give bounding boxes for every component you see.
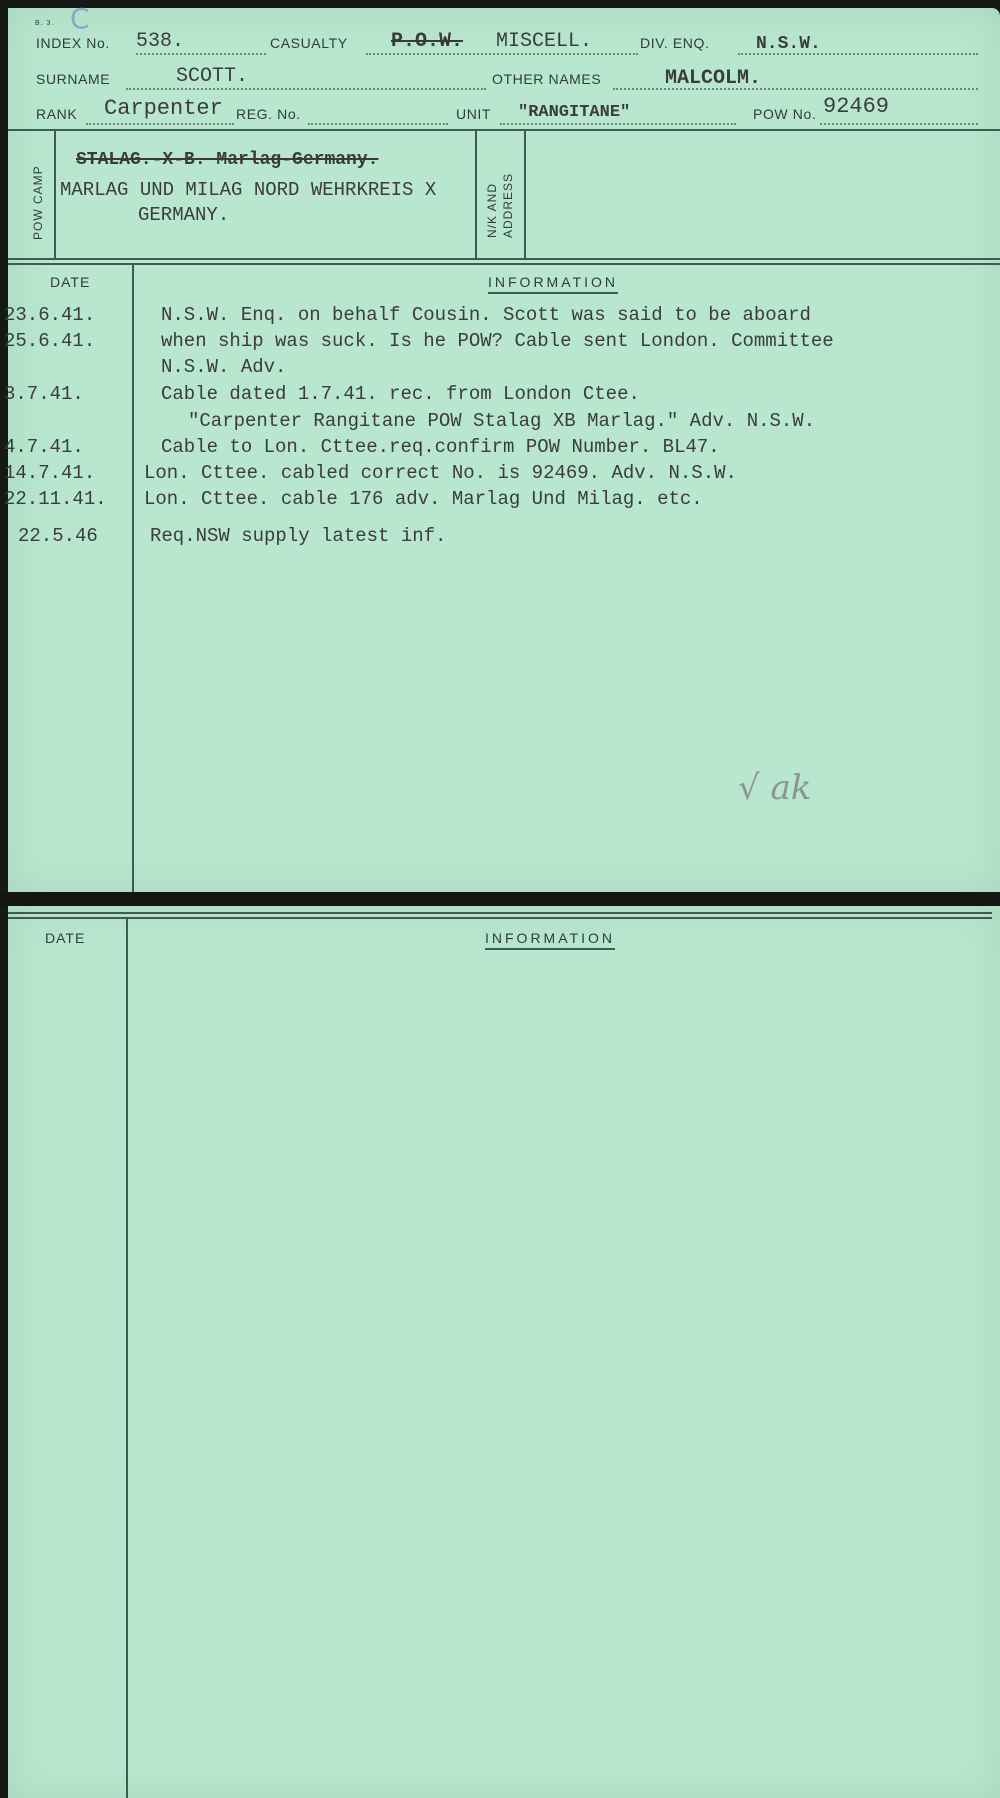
log-entry-text: Lon. Cttee. cable 176 adv. Marlag Und Mi…	[144, 488, 703, 510]
casualty-struck-value: P.O.W.	[391, 30, 463, 53]
rank-value: Carpenter	[104, 96, 223, 121]
log-entry-date: 23.6.41.	[4, 304, 95, 326]
log-entry-date: 14.7.41.	[4, 462, 95, 484]
index-no-value: 538.	[136, 30, 184, 53]
pow-no-value: 92469	[823, 94, 889, 119]
back-information-column-header: INFORMATION	[485, 930, 615, 950]
log-entry-text: Cable dated 1.7.41. rec. from London Cte…	[161, 383, 640, 405]
div-enq-label: DIV. ENQ.	[640, 35, 709, 51]
surname-label: SURNAME	[36, 71, 110, 87]
unit-label: UNIT	[456, 106, 491, 122]
pow-camp-line-1: MARLAG UND MILAG NORD WEHRKREIS X	[60, 179, 436, 201]
log-entry-text: Cable to Lon. Cttee.req.confirm POW Numb…	[161, 436, 720, 458]
rank-label: RANK	[36, 106, 77, 122]
log-entry-date: 25.6.41.	[4, 330, 95, 352]
log-entry-text: when ship was suck. Is he POW? Cable sen…	[161, 330, 834, 352]
stamp-letter: C	[70, 2, 90, 35]
form-code: B. 3.	[35, 20, 54, 27]
log-entry-date: 22.11.41.	[4, 488, 107, 510]
log-entry-text: N.S.W. Enq. on behalf Cousin. Scott was …	[161, 304, 811, 326]
casualty-label: CASUALTY	[270, 35, 348, 51]
surname-value: SCOTT.	[176, 65, 248, 88]
reg-no-label: REG. No.	[236, 106, 301, 122]
other-names-value: MALCOLM.	[665, 67, 761, 90]
pow-camp-label: POW CAMP	[31, 165, 45, 240]
log-entry-text: N.S.W. Adv.	[161, 356, 286, 378]
information-column-header: INFORMATION	[488, 274, 618, 294]
back-date-column-header: DATE	[45, 930, 85, 946]
log-entry-date: 22.5.46	[18, 525, 98, 547]
log-entry-date: 4.7.41.	[4, 436, 84, 458]
log-entry-text: "Carpenter Rangitane POW Stalag XB Marla…	[188, 410, 815, 432]
record-card-back: DATE INFORMATION	[8, 906, 1000, 1798]
log-entry-text: Lon. Cttee. cabled correct No. is 92469.…	[144, 462, 737, 484]
pencil-annotation: √ ak	[738, 768, 811, 808]
date-column-header: DATE	[50, 274, 90, 290]
log-entry-text: Req.NSW supply latest inf.	[150, 525, 446, 547]
other-names-label: OTHER NAMES	[492, 71, 601, 87]
pow-camp-line-2: GERMANY.	[138, 204, 229, 226]
index-no-label: INDEX No.	[36, 35, 110, 51]
casualty-value: MISCELL.	[496, 30, 592, 53]
div-enq-value: N.S.W.	[756, 34, 821, 54]
card-separator	[0, 892, 1000, 906]
record-card-front: B. 3. C INDEX No. 538. CASUALTY P.O.W. M…	[8, 8, 1000, 892]
nok-label-2: ADDRESS	[501, 173, 515, 238]
unit-value: "RANGITANE"	[518, 103, 630, 122]
log-entry-date: 3.7.41.	[4, 383, 84, 405]
pow-camp-struck-line: STALAG.-X-B. Marlag-Germany.	[76, 150, 378, 170]
nok-label-1: N/K AND	[485, 183, 499, 238]
pow-no-label: POW No.	[753, 106, 816, 122]
